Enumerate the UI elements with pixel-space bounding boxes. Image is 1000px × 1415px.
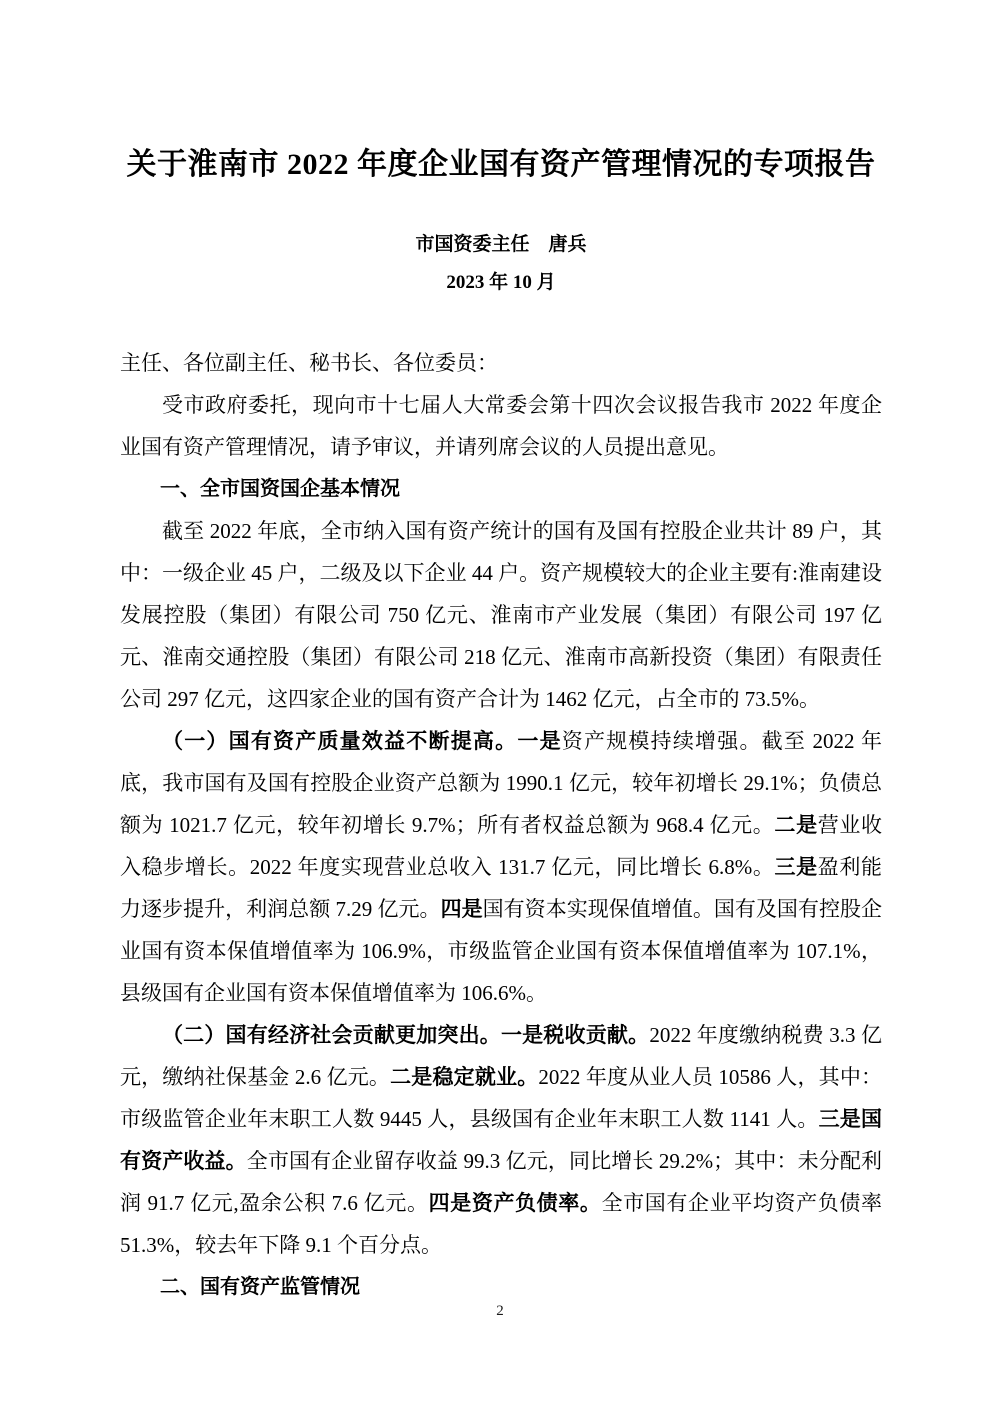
paragraph: 截至 2022 年底，全市纳入国有资产统计的国有及国有控股企业共计 89 户，其… bbox=[120, 510, 882, 720]
document-content: 关于淮南市 2022 年度企业国有资产管理情况的专项报告 市国资委主任 唐兵 2… bbox=[120, 145, 882, 1308]
document-body: 主任、各位副主任、秘书长、各位委员：受市政府委托，现向市十七届人大常委会第十四次… bbox=[120, 342, 882, 1308]
section-heading: 二、国有资产监管情况 bbox=[120, 1266, 882, 1308]
text-run: 受市政府委托，现向市十七届人大常委会第十四次会议报告我市 2022 年度企业国有… bbox=[120, 393, 882, 459]
date-line: 2023 年 10 月 bbox=[120, 270, 882, 296]
text-run: （二）国有经济社会贡献更加突出。 bbox=[162, 1023, 501, 1047]
paragraph: 主任、各位副主任、秘书长、各位委员： bbox=[120, 342, 882, 384]
text-run: 二、国有资产监管情况 bbox=[160, 1276, 360, 1298]
page-number: 2 bbox=[0, 1303, 1000, 1320]
author-line: 市国资委主任 唐兵 bbox=[120, 232, 882, 258]
section-heading: 一、全市国资国企基本情况 bbox=[120, 468, 882, 510]
document-title: 关于淮南市 2022 年度企业国有资产管理情况的专项报告 bbox=[120, 145, 882, 186]
text-run: 截至 2022 年底，全市纳入国有资产统计的国有及国有控股企业共计 89 户，其… bbox=[120, 519, 882, 711]
paragraph: （二）国有经济社会贡献更加突出。一是税收贡献。2022 年度缴纳税费 3.3 亿… bbox=[120, 1014, 882, 1266]
text-run: 主任、各位副主任、秘书长、各位委员： bbox=[120, 351, 498, 375]
text-run: 一是 bbox=[517, 729, 561, 753]
text-run: 二是稳定就业。 bbox=[390, 1065, 538, 1089]
document-page: 关于淮南市 2022 年度企业国有资产管理情况的专项报告 市国资委主任 唐兵 2… bbox=[0, 0, 1000, 1415]
text-run: （一）国有资产质量效益不断提高。 bbox=[162, 729, 517, 753]
text-run: 一是税收贡献。 bbox=[501, 1023, 649, 1047]
text-run: 三是 bbox=[775, 855, 818, 879]
text-run: 二是 bbox=[774, 813, 817, 837]
paragraph: 受市政府委托，现向市十七届人大常委会第十四次会议报告我市 2022 年度企业国有… bbox=[120, 384, 882, 468]
text-run: 四是资产负债率。 bbox=[429, 1191, 602, 1215]
paragraph: （一）国有资产质量效益不断提高。一是资产规模持续增强。截至 2022 年底，我市… bbox=[120, 720, 882, 1014]
text-run: 一、全市国资国企基本情况 bbox=[160, 478, 400, 500]
text-run: 四是 bbox=[441, 897, 483, 921]
